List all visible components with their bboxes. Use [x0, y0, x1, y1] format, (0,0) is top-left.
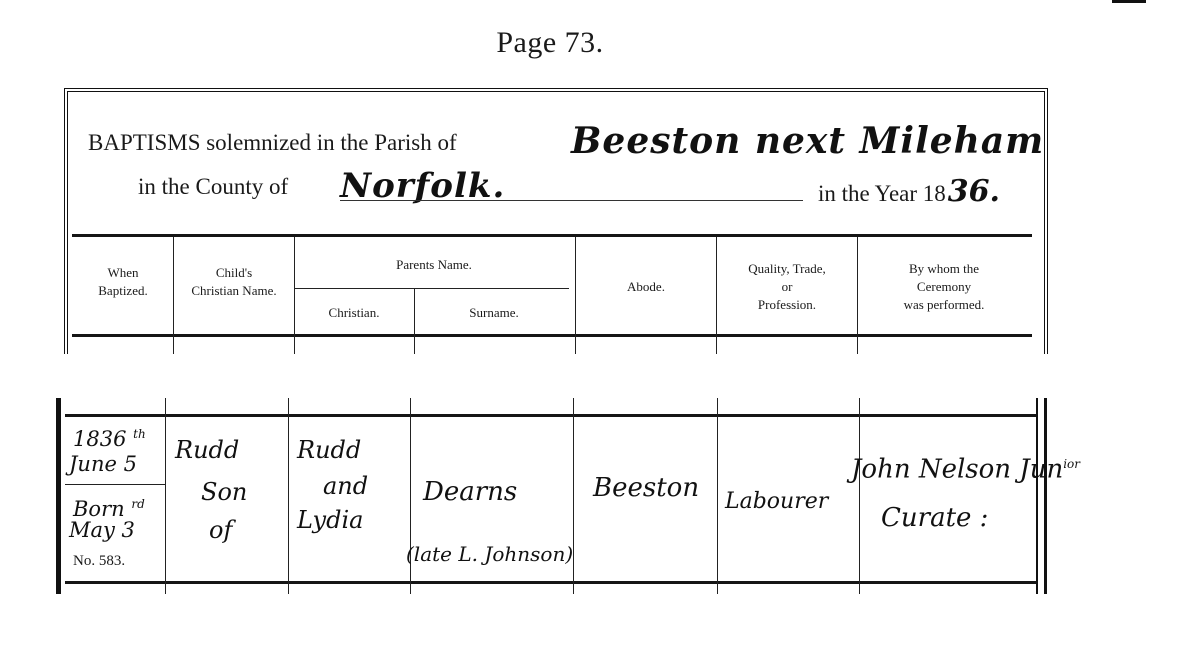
surname-note: (late L. Johnson) [406, 540, 573, 568]
child-name-line1: Rudd [175, 436, 239, 464]
officiant-suffix: ior [1063, 457, 1080, 471]
heading-line-county: in the County of Norfolk. in the Year 18… [138, 174, 288, 200]
col-header-quality: Quality, Trade, or Profession. [717, 260, 857, 314]
parents-surname: Dearns [423, 478, 517, 506]
header-text: Ceremony [858, 278, 1030, 296]
heading-prefix: BAPTISMS solemnized in the Parish of [88, 130, 457, 155]
col-divider [288, 398, 289, 594]
date-split-rule [65, 484, 165, 485]
col-header-christian: Christian. [294, 304, 414, 322]
header-top-rule [72, 234, 1032, 237]
col-divider [717, 398, 718, 594]
year-text: 1836 [73, 427, 126, 451]
col-header-surname: Surname. [414, 304, 574, 322]
county-label: in the County of [138, 174, 288, 199]
header-text: Profession. [717, 296, 857, 314]
abode: Beeston [593, 474, 699, 502]
child-name-line2: Son [201, 478, 247, 506]
entry-right-border [1036, 398, 1047, 594]
year-field: in the Year 1836. [818, 174, 1000, 209]
header-text: Child's [174, 264, 294, 282]
col-header-when-baptized: When Baptized. [74, 264, 172, 300]
header-text: or [717, 278, 857, 296]
col-header-abode: Abode. [576, 278, 716, 296]
header-text: was performed. [858, 296, 1030, 314]
county-underline [340, 200, 803, 201]
col-header-parents-name: Parents Name. [294, 256, 574, 274]
officiant-text: John Nelson Jun [851, 455, 1063, 485]
col-divider [165, 398, 166, 594]
header-text: Christian Name. [174, 282, 294, 300]
page-title: Page 73. [0, 26, 1100, 60]
col-header-child-name: Child's Christian Name. [174, 264, 294, 300]
col-divider [859, 398, 860, 594]
ordinal-suffix: rd [131, 497, 144, 511]
parents-christian-line2: and [323, 472, 368, 500]
year-value: 36. [948, 174, 1000, 209]
corner-mark [1112, 0, 1146, 3]
register-entry-section: 1836 th June 5 Born rd May 3 No. 583. Ru… [56, 398, 1047, 594]
heading-line-parish: BAPTISMS solemnized in the Parish of Bee… [88, 130, 457, 156]
baptism-date: June 5 [69, 450, 137, 478]
register-header-section: BAPTISMS solemnized in the Parish of Bee… [64, 88, 1048, 354]
year-label: in the Year 18 [818, 181, 946, 206]
parents-christian-line3: Lydia [297, 506, 363, 534]
birth-date: May 3 [69, 516, 135, 544]
header-bottom-rule [72, 334, 1032, 337]
header-text: By whom the [858, 260, 1030, 278]
col-divider [294, 237, 295, 354]
parents-sub-rule [294, 288, 569, 289]
ordinal-suffix: th [133, 427, 146, 441]
entry-number: No. 583. [73, 553, 125, 570]
parents-christian-line1: Rudd [297, 436, 361, 464]
quality-trade: Labourer [725, 488, 828, 516]
entry-bottom-rule [65, 581, 1037, 584]
entry-top-rule [65, 414, 1037, 417]
officiant-title: Curate : [881, 504, 988, 532]
parish-name: Beeston next Mileham [571, 120, 1044, 162]
child-name-line3: of [209, 516, 232, 544]
baptism-year: 1836 th [73, 420, 146, 453]
header-text: Quality, Trade, [717, 260, 857, 278]
col-header-by-whom: By whom the Ceremony was performed. [858, 260, 1030, 314]
header-text: Baptized. [74, 282, 172, 300]
header-text: When [74, 264, 172, 282]
